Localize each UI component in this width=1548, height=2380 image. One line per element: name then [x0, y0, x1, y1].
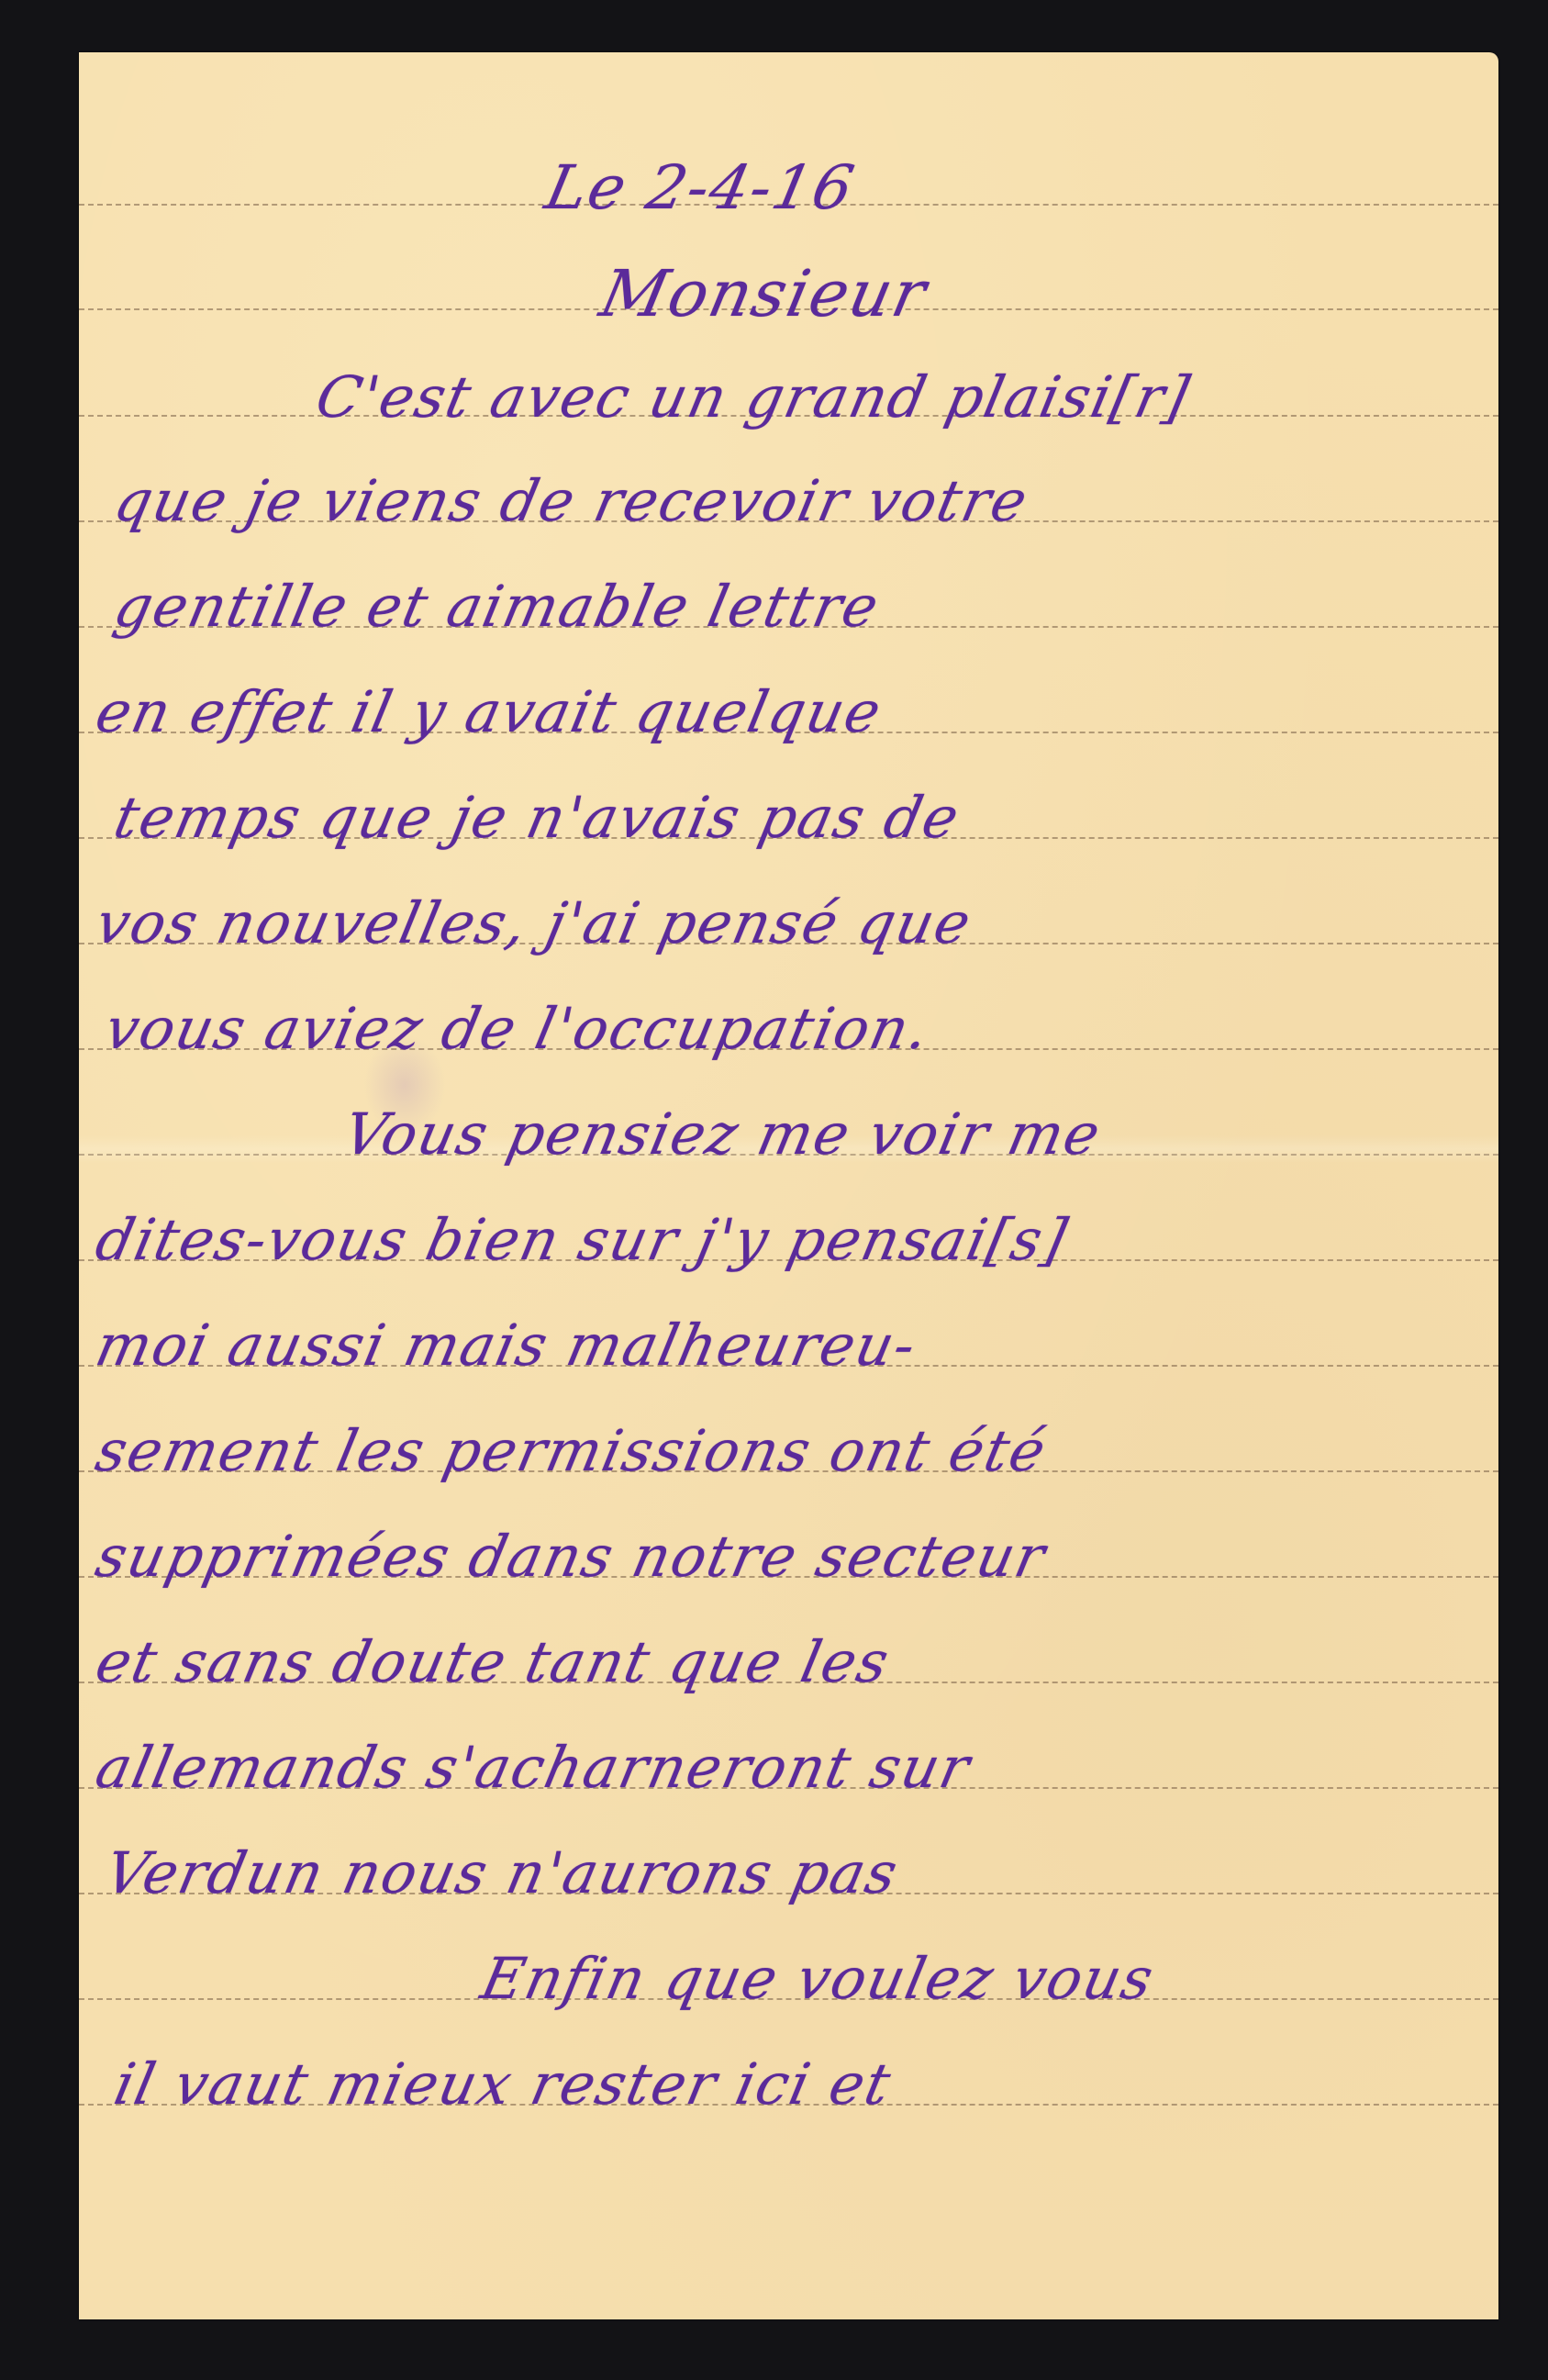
scan-background: Le 2-4-16 Monsieur C'est avec un grand p… — [0, 0, 1548, 2380]
letter-line: Vous pensiez me voir me — [339, 1106, 1106, 1163]
letter-line: et sans doute tant que les — [91, 1634, 895, 1691]
letter-page: Le 2-4-16 Monsieur C'est avec un grand p… — [79, 52, 1498, 2319]
letter-line: gentille et aimable lettre — [109, 578, 885, 635]
letter-line: Verdun nous n'aurons pas — [100, 1845, 903, 1902]
letter-line: temps que je n'avais pas de — [109, 789, 964, 846]
letter-line: vos nouvelles, j'ai pensé que — [91, 895, 976, 952]
letter-line: que je viens de recevoir votre — [109, 473, 1033, 530]
letter-line: en effet il y avait quelque — [91, 684, 886, 741]
letter-salutation: Monsieur — [596, 262, 933, 326]
letter-line: Enfin que voulez vous — [476, 1950, 1159, 2007]
letter-line: allemands s'acharneront sur — [91, 1739, 975, 1796]
letter-line: supprimées dans notre secteur — [91, 1528, 1051, 1585]
letter-line: vous aviez de l'occupation. — [100, 1000, 935, 1057]
letter-date: Le 2-4-16 — [540, 158, 860, 218]
letter-line: dites-vous bien sur j'y pensai[s] — [91, 1212, 1073, 1268]
letter-line: il vaut mieux rester ici et — [109, 2056, 897, 2113]
letter-line: moi aussi mais malheureu- — [91, 1317, 921, 1374]
letter-line: C'est avec un grand plaisi[r] — [311, 369, 1195, 426]
letter-line: sement les permissions ont été — [91, 1423, 1052, 1480]
